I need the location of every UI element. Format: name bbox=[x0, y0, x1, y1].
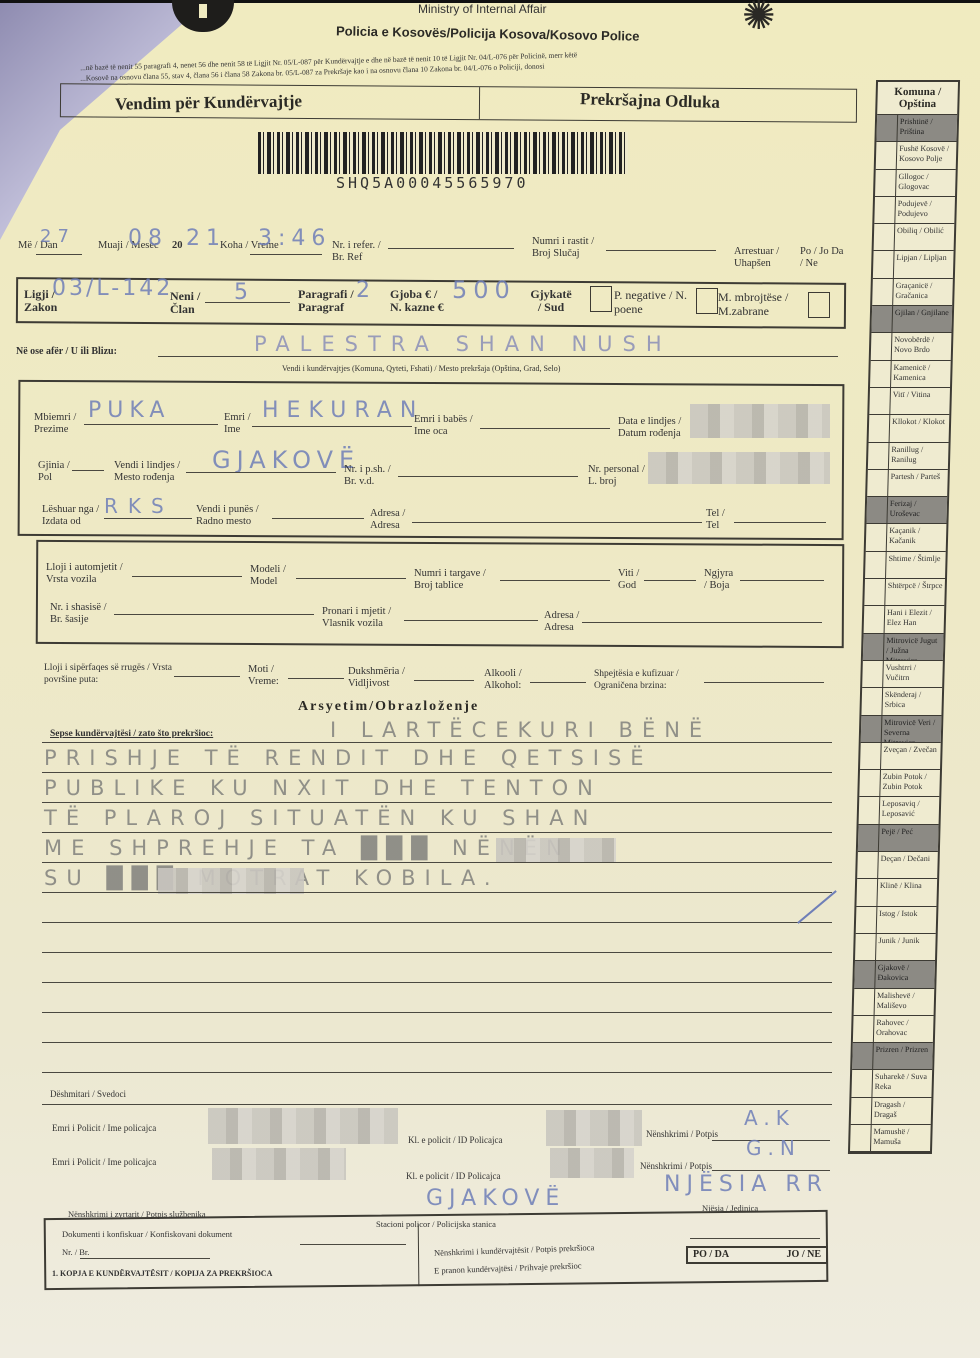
officer1-name-label: Emri i Policit / Ime policajca bbox=[52, 1122, 156, 1134]
arrested-label: Arrestuar / Uhapšen bbox=[734, 246, 784, 270]
municipality-checkbox[interactable] bbox=[854, 989, 876, 1015]
municipality-option[interactable]: Ranillug / Ranilug bbox=[868, 443, 949, 470]
municipality-name: Istog / Istok bbox=[877, 907, 937, 933]
barcode bbox=[258, 132, 628, 174]
fine-label: Gjoba € / N. kazne € bbox=[390, 288, 446, 314]
surname-value: PUKA bbox=[88, 398, 170, 423]
weather-label: Moti / Vreme: bbox=[248, 664, 288, 688]
drivers-license-label: Nr. i p.sh. / Br. v.d. bbox=[344, 464, 392, 488]
municipality-header: Komuna / Opština bbox=[877, 82, 958, 115]
municipality-option[interactable]: Mitrovicë Jugut / Južna Mitrovica bbox=[863, 634, 944, 661]
municipality-name: Kaçanik / Kačanik bbox=[887, 524, 947, 550]
municipality-checkbox[interactable] bbox=[874, 224, 896, 250]
signature1-label: Nënshkrimi / Potpis bbox=[646, 1128, 718, 1140]
municipality-name: Klinë / Klina bbox=[877, 879, 937, 905]
name-field[interactable] bbox=[252, 426, 412, 427]
municipality-name: Lipjan / Lipljan bbox=[894, 251, 954, 277]
municipality-option[interactable]: Lipjan / Lipljan bbox=[873, 251, 954, 278]
municipality-option[interactable]: Graçanicë / Gračanica bbox=[872, 279, 953, 306]
barcode-number: SHQ5A00045565970 bbox=[336, 174, 529, 192]
redacted-word bbox=[158, 868, 304, 894]
chassis-field[interactable] bbox=[114, 614, 314, 615]
court-checkbox[interactable] bbox=[590, 286, 612, 312]
municipality-checkbox[interactable] bbox=[871, 333, 893, 359]
reasoning-rule bbox=[42, 802, 832, 803]
signature2-value: G.N bbox=[746, 1136, 801, 1160]
municipality-checkbox[interactable] bbox=[874, 197, 896, 223]
reasoning-line-5: ME SHPREHJE TA ███ NËNËN bbox=[44, 836, 571, 860]
municipality-checkbox[interactable] bbox=[861, 688, 883, 714]
municipality-option[interactable]: Vushtrri / Vučitrn bbox=[862, 661, 943, 688]
gender-label: Gjinia / Pol bbox=[38, 460, 72, 484]
municipality-name: Pejë / Peć bbox=[879, 825, 939, 851]
reasoning-rule bbox=[42, 1042, 832, 1043]
municipality-option[interactable]: Kaçanik / Kačanik bbox=[866, 524, 947, 551]
municipality-checkbox[interactable] bbox=[854, 961, 876, 987]
municipality-option[interactable]: Junik / Junik bbox=[855, 934, 936, 961]
accept-choice-box[interactable]: PO / DA JO / NE bbox=[686, 1246, 828, 1264]
vehicle-type-field[interactable] bbox=[132, 576, 242, 577]
vehicle-box bbox=[36, 540, 845, 648]
municipality-option[interactable]: Zveçan / Zvečan bbox=[860, 743, 941, 770]
municipality-name: Rahovec / Orahovac bbox=[874, 1016, 934, 1042]
municipality-checkbox[interactable] bbox=[876, 142, 898, 168]
reasoning-line-1: I LARTËCEKURI BËNË bbox=[330, 718, 711, 742]
reasoning-line-3: PUBLIKE KU NXIT DHE TENTON bbox=[44, 776, 602, 800]
vehicle-type-label: Lloji i automjetit / Vrsta vozila bbox=[46, 562, 126, 586]
redacted-word bbox=[496, 838, 616, 862]
municipality-checkbox[interactable] bbox=[856, 907, 878, 933]
municipality-checkbox[interactable] bbox=[869, 388, 891, 414]
officer1-id-redacted bbox=[546, 1110, 642, 1146]
municipality-option[interactable]: Skënderaj / Srbica bbox=[861, 688, 942, 715]
speed-limit-label: Shpejtësia e kufizuar / Ograničena brzin… bbox=[594, 668, 704, 692]
reasoning-prompt: Sepse kundërvajtësi / zato što prekršioc… bbox=[50, 728, 213, 740]
negative-points-label: P. negative / N. poene bbox=[614, 288, 694, 316]
municipality-option[interactable]: Zubin Potok / Zubin Potok bbox=[859, 770, 940, 797]
municipality-option[interactable]: Malishevë / Mališevo bbox=[854, 989, 935, 1016]
signature2-label: Nënshkrimi / Potpis bbox=[640, 1160, 712, 1172]
municipality-name: Zveçan / Zvečan bbox=[881, 743, 941, 769]
day-field bbox=[36, 254, 82, 255]
address-field[interactable] bbox=[412, 522, 702, 523]
article-field[interactable] bbox=[205, 302, 290, 303]
weather-field[interactable] bbox=[288, 678, 344, 679]
issued-by-field[interactable] bbox=[104, 518, 192, 519]
reasoning-rule bbox=[42, 862, 832, 863]
municipality-name: Malishevë / Mališevo bbox=[875, 989, 935, 1015]
municipality-option[interactable]: Gjakovë / Đakovica bbox=[854, 961, 935, 988]
municipality-option[interactable]: Gjilan / Gnjilane bbox=[871, 306, 952, 333]
witnesses-field[interactable] bbox=[42, 1104, 832, 1105]
municipality-option[interactable]: Shtërpcë / Štrpce bbox=[864, 579, 945, 606]
municipality-checkbox[interactable] bbox=[861, 716, 883, 742]
issued-by-value: RKS bbox=[104, 494, 174, 518]
reasoning-line-4: TË PLAROJ SITUATËN KU SHAN bbox=[44, 806, 597, 830]
municipality-option[interactable]: Deçan / Dečani bbox=[857, 852, 938, 879]
father-name-field[interactable] bbox=[480, 428, 610, 429]
municipality-checkbox[interactable] bbox=[868, 443, 890, 469]
municipality-checkbox[interactable] bbox=[850, 1125, 872, 1151]
municipality-option[interactable]: Shtime / Štimlje bbox=[865, 552, 946, 579]
municipality-name: Junik / Junik bbox=[876, 934, 936, 960]
footer-divider bbox=[418, 1224, 420, 1286]
reasoning-rule bbox=[42, 922, 832, 923]
municipality-name: Prizren / Prizren bbox=[873, 1043, 933, 1069]
police-station-label: Stacioni policor / Policijska stanica bbox=[376, 1218, 496, 1230]
municipality-option[interactable]: Gllogoc / Glogovac bbox=[875, 170, 956, 197]
birthplace-value: GJAKOVË bbox=[212, 446, 360, 474]
reasoning-rule bbox=[42, 832, 832, 833]
court-label: Gjykatë / Sud bbox=[528, 288, 574, 314]
chassis-label: Nr. i shasisë / Br. šasije bbox=[50, 602, 114, 626]
reasoning-title: Arsyetim/Obrazloženje bbox=[298, 699, 479, 715]
municipality-option[interactable]: Mitrovicë Veri / Severna Mitrovica bbox=[861, 716, 942, 743]
year-prefix: 20 bbox=[172, 240, 183, 252]
no-option[interactable]: JO / NE bbox=[787, 1249, 821, 1260]
address-label: Adresa / Adresa bbox=[370, 508, 410, 532]
municipality-option[interactable]: Obiliq / Obilić bbox=[874, 224, 955, 251]
reasoning-rule bbox=[42, 742, 832, 743]
municipality-name: Zubin Potok / Zubin Potok bbox=[880, 770, 940, 796]
location-caption: Vendi i kundërvajtjes (Komuna, Qyteti, F… bbox=[282, 363, 560, 375]
personal-number-redacted bbox=[648, 452, 830, 484]
municipality-name: Suharekë / Suva Reka bbox=[872, 1070, 932, 1096]
municipality-name: Vushtrri / Vučitrn bbox=[883, 661, 943, 687]
reasoning-rule bbox=[42, 1012, 832, 1013]
paragraph-label: Paragrafi / Paragraf bbox=[298, 288, 358, 314]
drivers-license-field[interactable] bbox=[398, 476, 578, 477]
dob-label: Data e lindjes / Datum rođenja bbox=[618, 416, 688, 440]
municipality-checkbox[interactable] bbox=[864, 606, 886, 632]
speed-limit-field[interactable] bbox=[704, 682, 824, 683]
officer2-name-redacted bbox=[212, 1148, 346, 1180]
municipality-checkbox[interactable] bbox=[857, 852, 879, 878]
municipality-name: Skënderaj / Srbica bbox=[882, 688, 942, 714]
municipality-option[interactable]: Prizren / Prizren bbox=[852, 1043, 933, 1070]
reasoning-rule bbox=[42, 772, 832, 773]
ref-label: Nr. i refer. / Br. Ref bbox=[332, 240, 392, 264]
municipality-checkbox[interactable] bbox=[862, 661, 884, 687]
municipality-name: Gjilan / Gnjilane bbox=[892, 306, 952, 332]
municipality-checkbox[interactable] bbox=[853, 1016, 875, 1042]
witnesses-label: Dëshmitari / Svedoci bbox=[50, 1088, 126, 1100]
municipality-option[interactable]: Novobërdë / Novo Brdo bbox=[871, 333, 952, 360]
workplace-field[interactable] bbox=[272, 518, 364, 519]
municipality-option[interactable]: Dragash / Dragaš bbox=[851, 1098, 932, 1125]
municipality-option[interactable]: Leposaviq / Leposavić bbox=[859, 797, 940, 824]
protection-measure-checkbox[interactable] bbox=[808, 292, 830, 318]
municipality-checkbox[interactable] bbox=[851, 1098, 873, 1124]
police-station-value: GJAKOVË bbox=[426, 1186, 565, 1211]
municipality-checkbox[interactable] bbox=[860, 743, 882, 769]
municipality-option[interactable]: Istog / Istok bbox=[856, 907, 937, 934]
alcohol-field[interactable] bbox=[530, 682, 586, 683]
municipality-name: Fushë Kosovë / Kosovo Polje bbox=[897, 142, 957, 168]
municipality-checkbox[interactable] bbox=[865, 552, 887, 578]
alcohol-label: Alkooli / Alkohol: bbox=[484, 668, 532, 692]
municipality-checkbox[interactable] bbox=[856, 879, 878, 905]
owner-address-label: Adresa / Adresa bbox=[544, 610, 584, 634]
year-label: Viti / God bbox=[618, 568, 642, 592]
municipality-name: Partesh / Parteš bbox=[888, 470, 948, 496]
municipality-name: Vitī / Vitina bbox=[890, 388, 950, 414]
issued-by-label: Lëshuar nga / Izdata od bbox=[42, 504, 108, 528]
road-surface-label: Lloji i sipërfaqes së rrugës / Vrsta pov… bbox=[44, 662, 184, 686]
birthplace-field[interactable] bbox=[186, 472, 336, 473]
municipality-name: Kllokot / Klokot bbox=[890, 415, 950, 441]
municipality-checkbox[interactable] bbox=[851, 1070, 873, 1096]
municipality-checkbox[interactable] bbox=[858, 825, 880, 851]
fine-value: 500 bbox=[452, 276, 516, 304]
municipality-name: Prishtinë / Priština bbox=[897, 115, 957, 141]
dob-redacted bbox=[690, 404, 830, 438]
municipality-name: Mitrovicë Jugut / Južna Mitrovica bbox=[884, 634, 944, 660]
protection-measure-label: M. mbrojtëse / M.zabrane bbox=[718, 290, 804, 318]
location-label: Në ose afër / U ili Blizu: bbox=[16, 346, 117, 358]
municipality-option[interactable]: Prishtinë / Priština bbox=[876, 115, 957, 142]
municipality-checkbox[interactable] bbox=[855, 934, 877, 960]
municipality-checkbox[interactable] bbox=[876, 115, 898, 141]
municipality-checkbox[interactable] bbox=[870, 361, 892, 387]
officer1-id-label: Kl. e policit / ID Policajca bbox=[408, 1134, 502, 1146]
municipality-name: Deçan / Dečani bbox=[878, 852, 938, 878]
signature2-field[interactable] bbox=[712, 1170, 830, 1171]
yes-option[interactable]: PO / DA bbox=[693, 1249, 729, 1260]
reasoning-rule bbox=[42, 892, 832, 893]
arrested-options: Po / Jo Da / Ne bbox=[800, 246, 848, 270]
municipality-option[interactable]: Kllokot / Klokot bbox=[869, 415, 950, 442]
surname-label: Mbiemri / Prezime bbox=[34, 412, 82, 436]
municipality-checkbox[interactable] bbox=[872, 279, 894, 305]
title-divider bbox=[479, 87, 480, 119]
municipality-name: Ferizaj / Uroševac bbox=[887, 497, 947, 523]
municipality-option[interactable]: Partesh / Parteš bbox=[867, 470, 948, 497]
road-surface-field[interactable] bbox=[174, 676, 240, 677]
municipality-checkbox[interactable] bbox=[867, 470, 889, 496]
municipality-checkbox[interactable] bbox=[859, 797, 881, 823]
name-label: Emri / Ime bbox=[224, 412, 254, 436]
name-value: HEKURAN bbox=[262, 398, 424, 423]
municipality-option[interactable]: Klinë / Klina bbox=[856, 879, 937, 906]
reasoning-line-2: PRISHJE TË RENDIT DHE QETSISË bbox=[44, 746, 653, 770]
title-sr: Prekršajna Odluka bbox=[580, 89, 720, 113]
municipality-checkbox[interactable] bbox=[864, 579, 886, 605]
municipality-option[interactable]: Rahovec / Orahovac bbox=[853, 1016, 934, 1043]
officer2-name-label: Emri i Policit / Ime policajca bbox=[52, 1156, 156, 1168]
paragraph-value: 2 bbox=[356, 278, 376, 303]
municipality-option[interactable]: Hani i Elezit / Elez Han bbox=[864, 606, 945, 633]
municipality-name: Podujevë / Podujevo bbox=[895, 197, 955, 223]
municipality-name: Gllogoc / Glogovac bbox=[896, 170, 956, 196]
municipality-checkbox[interactable] bbox=[866, 524, 888, 550]
visibility-label: Dukshmëria / Vidljivost bbox=[348, 666, 412, 690]
location-field[interactable] bbox=[158, 356, 838, 357]
time-field bbox=[250, 254, 322, 255]
article-label: Neni / Član bbox=[170, 290, 204, 316]
confiscated-document-field[interactable] bbox=[300, 1244, 406, 1245]
reasoning-rule bbox=[42, 952, 832, 953]
copy-label: 1. KOPJA E KUNDËRVAJTËSIT / KOPIJA ZA PR… bbox=[52, 1268, 272, 1280]
municipality-name: Hani i Elezit / Elez Han bbox=[885, 606, 945, 632]
reasoning-rule bbox=[42, 982, 832, 983]
municipality-name: Gjakovë / Đakovica bbox=[875, 961, 935, 987]
model-field[interactable] bbox=[296, 578, 406, 579]
municipality-name: Shtime / Štimlje bbox=[886, 552, 946, 578]
plate-field[interactable] bbox=[500, 580, 610, 581]
document-number-field[interactable] bbox=[80, 1258, 210, 1259]
negative-points-checkbox[interactable] bbox=[696, 288, 718, 314]
officer2-id-redacted bbox=[550, 1148, 634, 1178]
reasoning-rule bbox=[42, 1072, 832, 1073]
confiscated-document-label: Dokumenti i konfiskuar / Konfiskovani do… bbox=[62, 1228, 232, 1240]
visibility-field[interactable] bbox=[414, 680, 474, 681]
municipality-name: Leposaviq / Leposavić bbox=[880, 797, 940, 823]
municipality-option[interactable]: Podujevë / Podujevo bbox=[874, 197, 955, 224]
tel-label: Tel / Tel bbox=[706, 508, 736, 532]
officer2-id-label: Kl. e policit / ID Policajca bbox=[406, 1170, 500, 1182]
municipality-option[interactable]: Fushë Kosovë / Kosovo Polje bbox=[876, 142, 957, 169]
municipality-option[interactable]: Suharekë / Suva Reka bbox=[851, 1070, 932, 1097]
unit-value: NJËSIA RR bbox=[664, 1172, 828, 1197]
municipality-name: Ranillug / Ranilug bbox=[889, 443, 949, 469]
color-label: Ngjyra / Boja bbox=[704, 568, 738, 592]
law-value: 03/L-142 bbox=[52, 276, 173, 301]
officer1-name-redacted bbox=[208, 1108, 398, 1144]
month-value: 08 bbox=[128, 226, 168, 251]
municipality-checkbox[interactable] bbox=[869, 415, 891, 441]
owner-address-field[interactable] bbox=[582, 622, 822, 623]
title-sq: Vendim për Kundërvajtje bbox=[115, 91, 302, 114]
father-name-label: Emri i babës / Ime oca bbox=[414, 414, 474, 438]
case-number-field[interactable] bbox=[606, 250, 716, 251]
municipality-option[interactable]: Pejë / Peć bbox=[858, 825, 939, 852]
municipality-name: Novobërdë / Novo Brdo bbox=[892, 333, 952, 359]
municipality-name: Mamushë / Mamuša bbox=[871, 1125, 931, 1151]
surname-field[interactable] bbox=[84, 424, 218, 425]
municipality-name: Graçanicë / Gračanica bbox=[893, 279, 953, 305]
municipality-option[interactable]: Ferizaj / Uroševac bbox=[866, 497, 947, 524]
municipality-option[interactable]: Kamenicë / Kamenica bbox=[870, 361, 951, 388]
sun-emblem-icon: ✺ bbox=[742, 0, 776, 36]
location-value: PALESTRA SHAN NUSH bbox=[254, 332, 672, 356]
gender-field[interactable] bbox=[72, 470, 104, 471]
case-number-label: Numri i rastit / Broj Slučaj bbox=[532, 236, 602, 260]
color-field[interactable] bbox=[740, 580, 824, 581]
tel-field[interactable] bbox=[734, 522, 826, 523]
time-value: 3:46 bbox=[258, 226, 331, 251]
municipality-option[interactable]: Vitī / Vitina bbox=[869, 388, 950, 415]
municipality-name: Obiliq / Obilić bbox=[895, 224, 955, 250]
signature1-value: A.K bbox=[744, 1106, 795, 1130]
owner-label: Pronari i mjetit / Vlasnik vozila bbox=[322, 606, 398, 630]
owner-field[interactable] bbox=[404, 620, 538, 621]
day-value: 27 bbox=[40, 226, 75, 247]
birthplace-label: Vendi i lindjes / Mesto rođenja bbox=[114, 460, 190, 484]
personal-number-label: Nr. personal / L. broj bbox=[588, 464, 648, 488]
offender-signature-field[interactable] bbox=[690, 1238, 820, 1239]
municipality-option[interactable]: Mamushë / Mamuša bbox=[850, 1125, 931, 1152]
municipality-name: Dragash / Dragaš bbox=[872, 1098, 932, 1124]
municipality-checkbox[interactable] bbox=[873, 251, 895, 277]
ref-field[interactable] bbox=[388, 248, 514, 249]
municipality-checkbox[interactable] bbox=[852, 1043, 874, 1069]
municipality-name: Kamenicë / Kamenica bbox=[891, 361, 951, 387]
municipality-checkbox[interactable] bbox=[863, 634, 885, 660]
plate-label: Numri i targave / Broj tablice bbox=[414, 568, 494, 592]
ministry-label: Ministry of Internal Affair bbox=[418, 3, 547, 15]
municipality-checkbox[interactable] bbox=[859, 770, 881, 796]
year-field[interactable] bbox=[644, 580, 696, 581]
workplace-label: Vendi i punës / Radno mesto bbox=[196, 504, 272, 528]
municipality-name: Shtërpcë / Štrpce bbox=[885, 579, 945, 605]
municipality-checkbox[interactable] bbox=[871, 306, 893, 332]
municipality-checkbox[interactable] bbox=[866, 497, 888, 523]
municipality-checkbox[interactable] bbox=[875, 170, 897, 196]
model-label: Modeli / Model bbox=[250, 564, 290, 588]
municipality-name: Mitrovicë Veri / Severna Mitrovica bbox=[882, 716, 942, 742]
document-number-label: Nr. / Br. bbox=[62, 1246, 89, 1258]
